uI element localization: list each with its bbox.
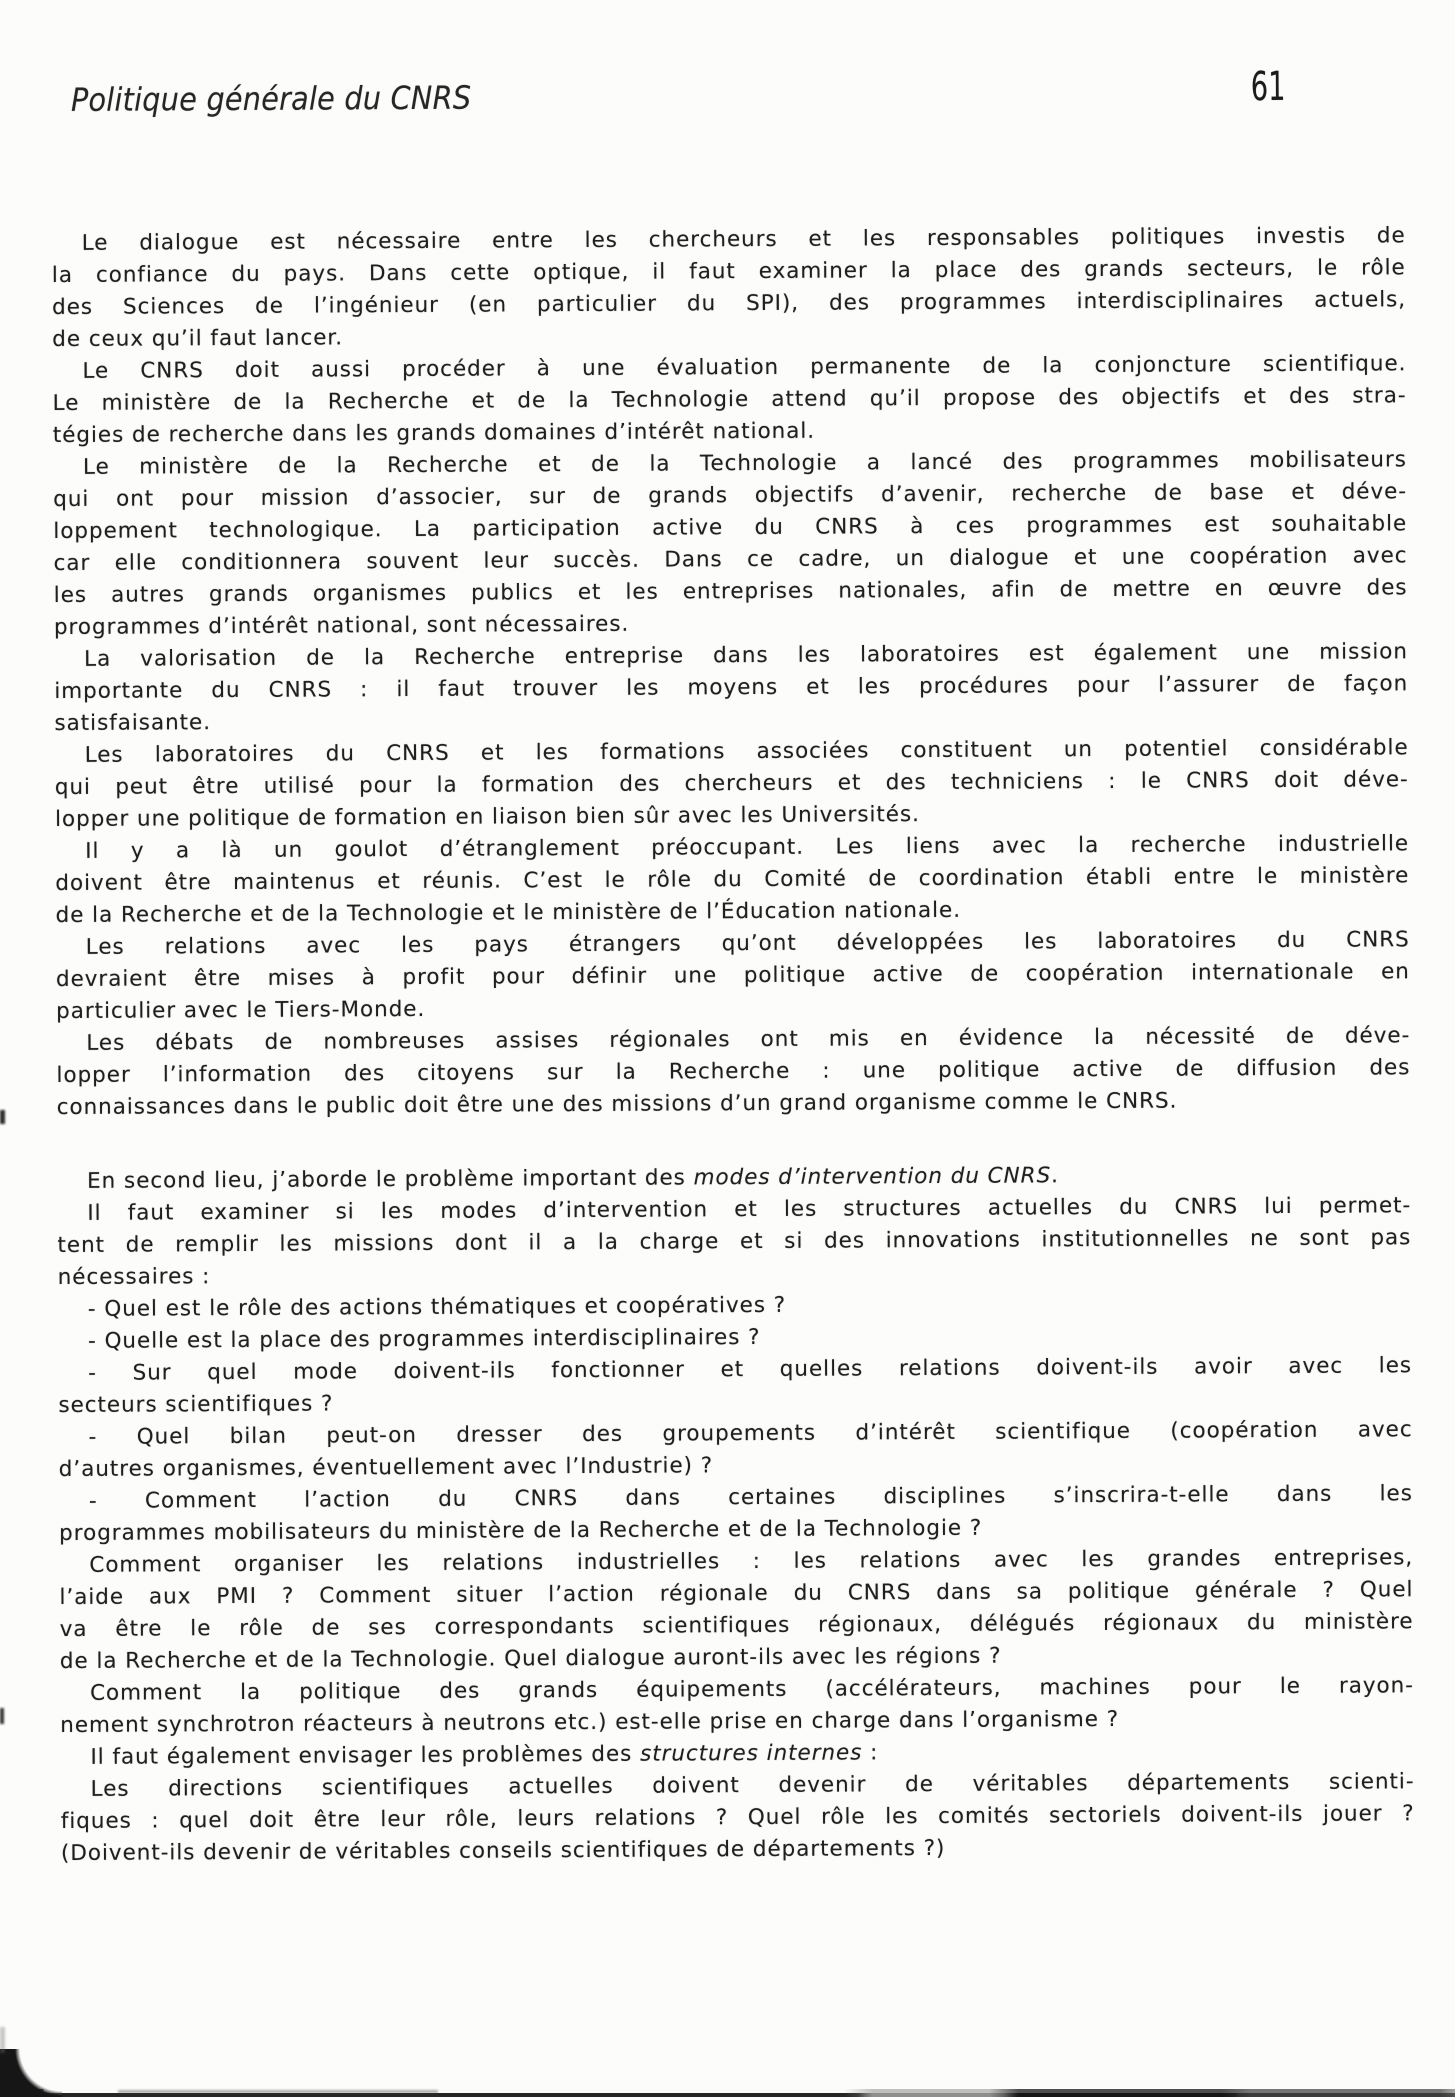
scan-artifact-left-mark <box>0 1708 4 1724</box>
paragraph: -Quelbilanpeut-ondresserdesgroupementsd’… <box>58 1414 1412 1486</box>
paragraph: Ledialogueestnécessaireentreleschercheur… <box>52 220 1407 356</box>
text-line: (Doivent-ils devenir de véritables conse… <box>61 1830 1415 1870</box>
paragraph: LavalorisationdelaRechercheentreprisedan… <box>54 636 1409 740</box>
paragraph: Ilyalàungoulotd’étranglementpréoccupant.… <box>55 828 1410 932</box>
document-page: Politique générale du CNRS 61 Ledialogue… <box>0 0 1455 2097</box>
scan-artifact-left-mark <box>0 1110 5 1124</box>
paragraph: Commentlapolitiquedesgrandséquipements(a… <box>60 1670 1414 1742</box>
scan-artifact-corner-smear <box>0 2027 5 2053</box>
scan-artifact-corner <box>0 2049 62 2097</box>
paragraph: Lesrelationsaveclespaysétrangersqu’ontdé… <box>56 924 1411 1028</box>
paragraph: Commentorganiserlesrelationsindustrielle… <box>59 1542 1414 1678</box>
paragraph: LeslaboratoiresduCNRSetlesformationsasso… <box>55 732 1410 836</box>
paragraph: Ilfautexaminersilesmodesd’interventionet… <box>57 1190 1412 1294</box>
paragraph: -Commentl’actionduCNRSdanscertainesdisci… <box>59 1478 1413 1550</box>
paragraph: -Surquelmodedoivent-ilsfonctionneretquel… <box>58 1350 1412 1422</box>
scanned-page-content: Politique générale du CNRS 61 Ledialogue… <box>0 0 1455 2097</box>
running-header-title: Politique générale du CNRS <box>71 80 472 118</box>
page-number: 61 <box>1251 67 1286 107</box>
body-text: Ledialogueestnécessaireentreleschercheur… <box>52 220 1415 1870</box>
paragraph: LeCNRSdoitaussiprocéderàuneévaluationper… <box>52 348 1407 452</box>
paragraph: Lesdébatsdenombreusesassisesrégionaleson… <box>56 1020 1411 1124</box>
scan-artifact-bottom-smudge <box>118 2090 438 2093</box>
paragraph: Lesdirectionsscientifiquesactuellesdoive… <box>61 1766 1416 1870</box>
paragraph: LeministèredelaRechercheetdelaTechnologi… <box>53 444 1408 644</box>
text-line: connaissances dans le public doit être u… <box>57 1084 1411 1124</box>
